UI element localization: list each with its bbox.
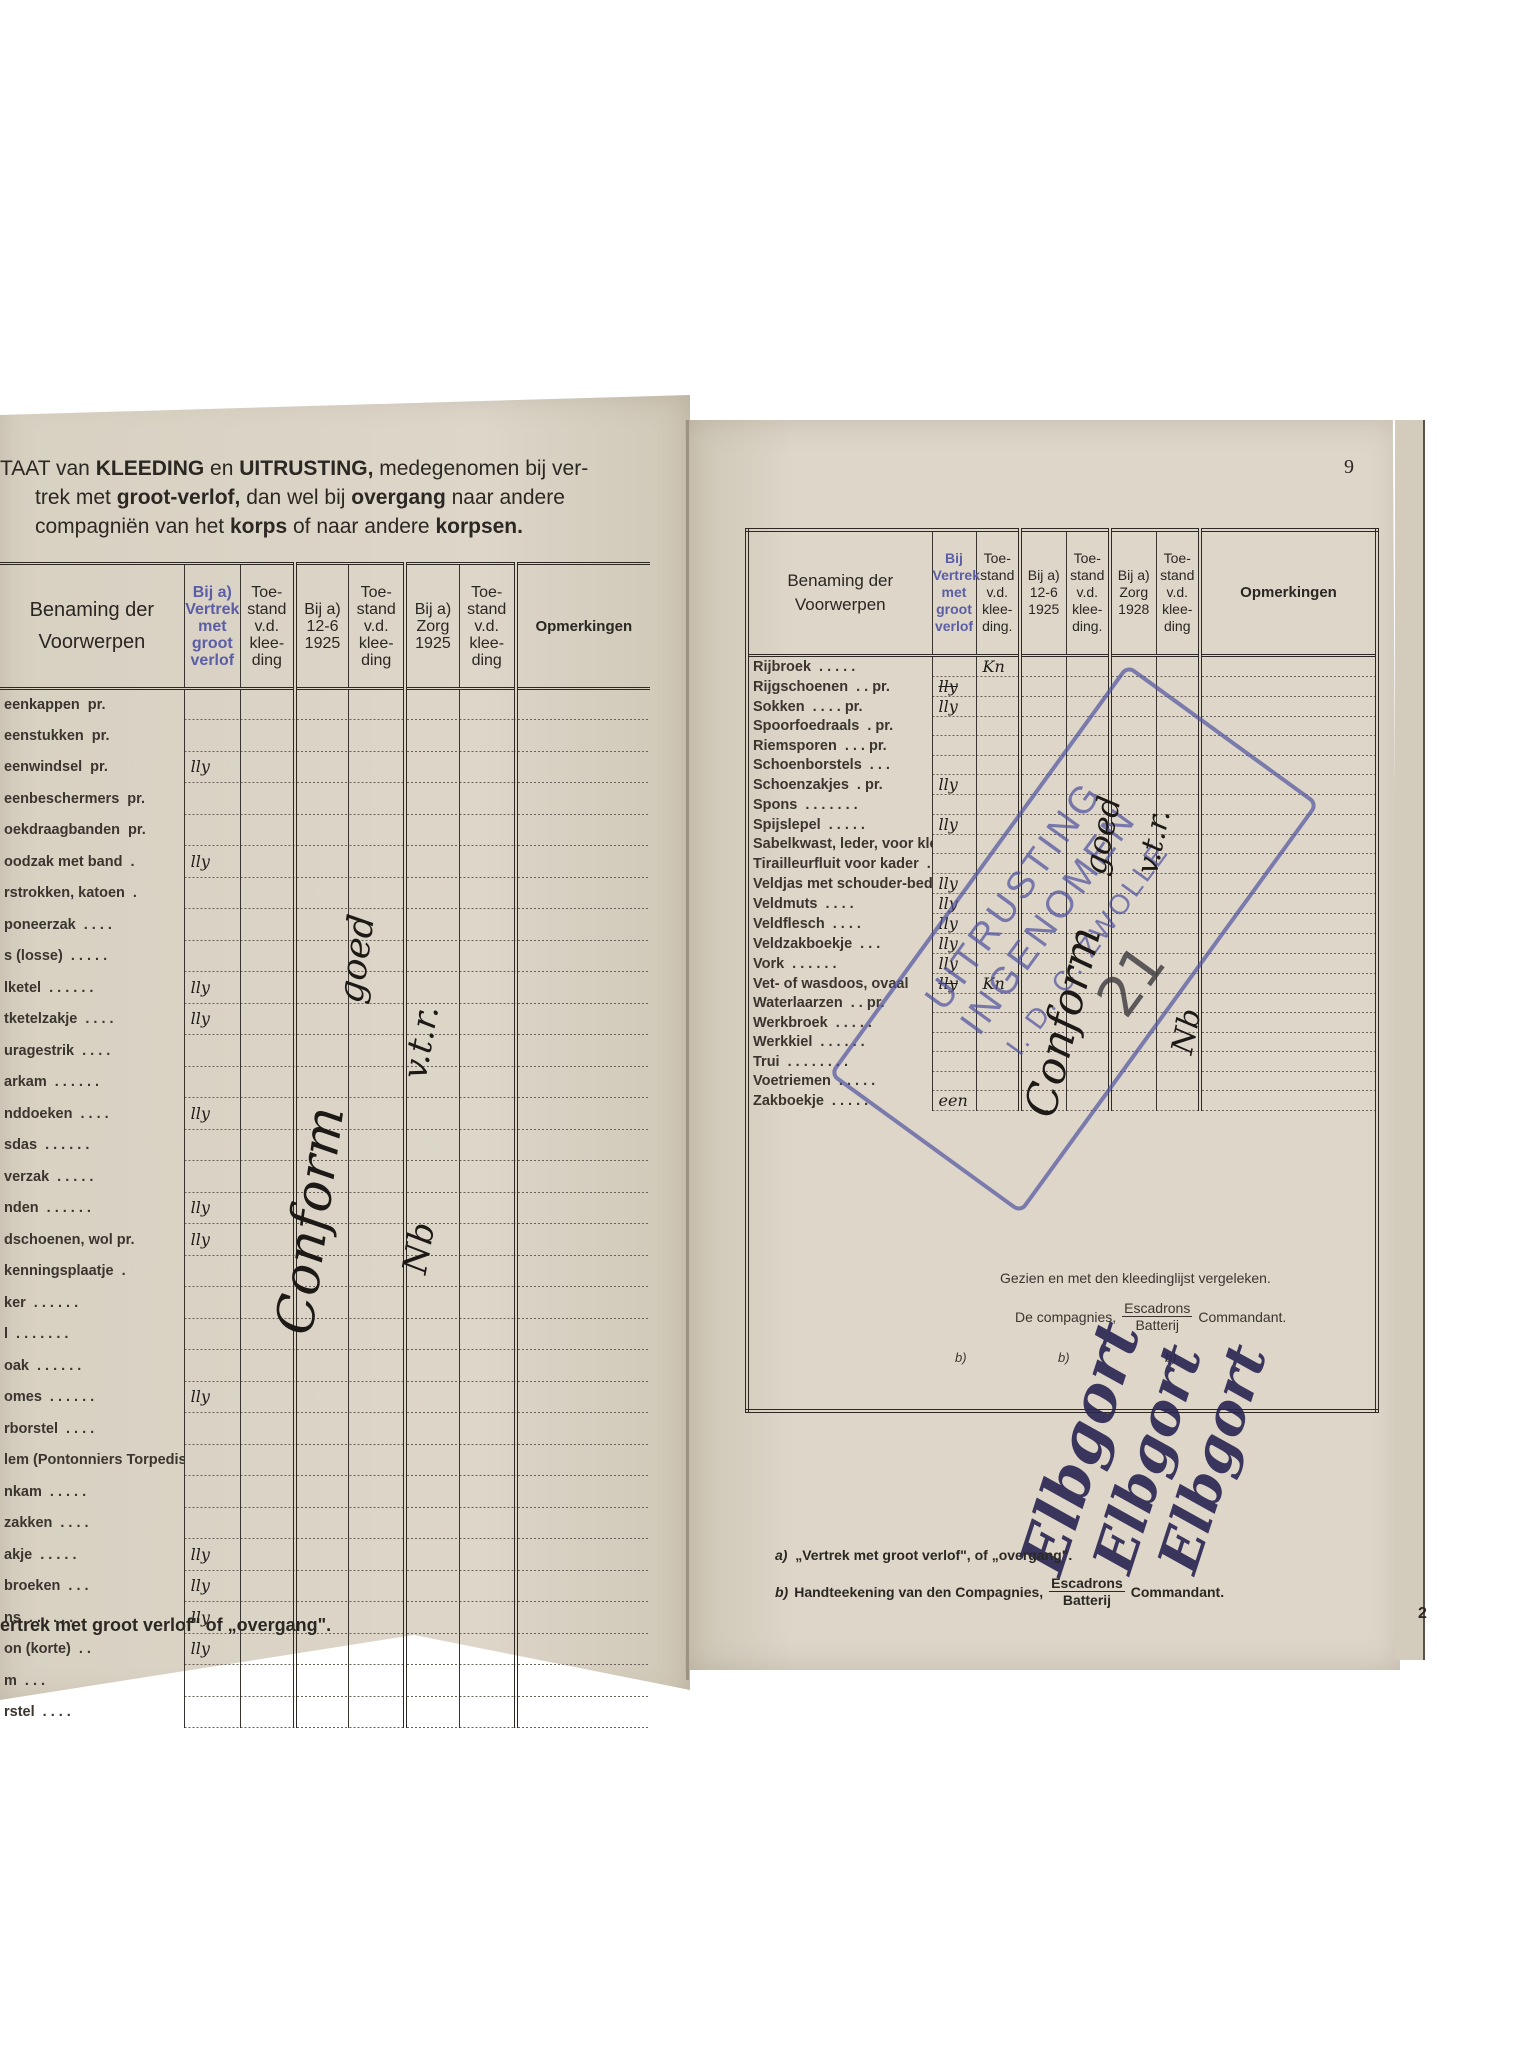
entry-cell: lly (932, 697, 976, 717)
entry-cell (1156, 1072, 1200, 1092)
entry-cell (184, 941, 240, 973)
remarks-cell (516, 941, 650, 973)
item-unit: . . . (870, 757, 890, 773)
table-row: tketelzakje. . . .lly (0, 1004, 650, 1036)
heading-text: KLEEDING (96, 457, 205, 480)
handwritten-entry: lly (933, 697, 958, 716)
bottom-number: 2 (1418, 1605, 1427, 1623)
handwritten-entry: lly (933, 775, 958, 794)
item-name: l. . . . . . . (0, 1319, 184, 1351)
entry-cell (349, 689, 405, 721)
entry-cell (184, 1697, 240, 1729)
entry-cell (1066, 677, 1110, 697)
remarks-cell (516, 1665, 650, 1697)
entry-cell (459, 1665, 515, 1697)
item-name: Spons. . . . . . . (747, 795, 932, 815)
remarks-cell (1200, 934, 1377, 954)
entry-cell (349, 783, 405, 815)
remarks-cell (516, 720, 650, 752)
item-name: nddoeken. . . . (0, 1098, 184, 1130)
entry-cell (459, 1571, 515, 1603)
item-label: Rijbroek (753, 659, 811, 675)
item-label: arkam (4, 1074, 47, 1090)
table-row: on (korte). .lly (0, 1634, 650, 1666)
entry-cell (184, 1319, 240, 1351)
remarks-cell (516, 1067, 650, 1099)
entry-cell (349, 1161, 405, 1193)
item-name: Rijbroek. . . . . (747, 655, 932, 677)
entry-cell (295, 1413, 349, 1445)
entry-cell (459, 1130, 515, 1162)
entry-cell (184, 1508, 240, 1540)
remarks-cell (516, 1571, 650, 1603)
handwritten-entry: lly (185, 1387, 210, 1406)
item-label: lketel (4, 980, 41, 996)
entry-cell (405, 1130, 459, 1162)
left-heading-line-2: trek met groot-verlof, dan wel bij overg… (35, 484, 565, 511)
item-label: Voetriemen (753, 1073, 831, 1089)
entry-cell (1110, 1091, 1156, 1111)
entry-cell (349, 1697, 405, 1729)
entry-cell (405, 752, 459, 784)
item-name: dschoenen, wol pr. (0, 1224, 184, 1256)
left-footnote: ertrek met groot verlof" of „overgang". (0, 1615, 331, 1636)
entry-cell (459, 1602, 515, 1634)
entry-cell (240, 878, 294, 910)
item-label: omes (4, 1389, 42, 1405)
entry-cell (349, 1476, 405, 1508)
entry-cell (184, 1665, 240, 1697)
entry-cell (459, 941, 515, 973)
table-row: m. . . (0, 1665, 650, 1697)
item-unit: . . . . . . (37, 1358, 81, 1374)
item-unit: . . . . . . (49, 980, 93, 996)
item-label: Trui (753, 1054, 780, 1070)
item-name: Rijgschoenen. . pr. (747, 677, 932, 697)
entry-cell (932, 835, 976, 855)
item-label: akje (4, 1547, 32, 1563)
entry-cell: lly (184, 1224, 240, 1256)
entry-cell (932, 736, 976, 756)
item-label: Sokken (753, 699, 805, 715)
entry-cell (405, 1319, 459, 1351)
table-row: nkam. . . . . (0, 1476, 650, 1508)
entry-cell (349, 752, 405, 784)
entry-cell (1066, 655, 1110, 677)
item-unit: . . . . . . (45, 1137, 89, 1153)
entry-cell (976, 795, 1020, 815)
entry-cell (240, 846, 294, 878)
entry-cell (1156, 655, 1200, 677)
entry-cell (405, 846, 459, 878)
item-label: lem (Pontonniers Torpedisten) (4, 1452, 184, 1468)
entry-cell (240, 1130, 294, 1162)
item-unit: . . . . . (57, 1169, 93, 1185)
remarks-cell (1200, 974, 1377, 994)
entry-cell (459, 1256, 515, 1288)
entry-cell: Kn (976, 655, 1020, 677)
remarks-cell (516, 1539, 650, 1571)
item-unit: . . . . . . . (805, 797, 857, 813)
col-header-condition-1: Toe-stand v.d. klee-ding (240, 564, 294, 689)
remarks-cell (1200, 1091, 1377, 1111)
item-name: omes. . . . . . (0, 1382, 184, 1414)
item-label: nkam (4, 1484, 42, 1500)
entry-cell: lly (184, 972, 240, 1004)
item-unit: . . . . . . . (16, 1326, 68, 1342)
item-name: lem (Pontonniers Torpedisten). . (0, 1445, 184, 1477)
remarks-cell (516, 1602, 650, 1634)
item-label: Vet- of wasdoos, ovaal (753, 976, 909, 992)
item-name: eenbeschermerspr. (0, 783, 184, 815)
handwritten-entry: lly (185, 1230, 210, 1249)
item-label: Spons (753, 797, 797, 813)
item-label: Veldzakboekje (753, 936, 852, 952)
entry-cell (295, 1067, 349, 1099)
fraction-top: Escadrons (1049, 1575, 1125, 1592)
item-label: s (losse) (4, 948, 63, 964)
entry-cell (976, 736, 1020, 756)
item-unit: pr. (92, 728, 110, 744)
item-label: ker (4, 1295, 26, 1311)
col-header-condition-1: Toe-stand v.d. klee-ding. (976, 530, 1020, 655)
item-label: Schoenzakjes (753, 777, 849, 793)
remarks-cell (516, 815, 650, 847)
item-name: tketelzakje. . . . (0, 1004, 184, 1036)
item-label: eenkappen (4, 697, 80, 713)
remarks-cell (516, 752, 650, 784)
remarks-cell (516, 1161, 650, 1193)
item-unit: . . . . (85, 1011, 113, 1027)
entry-cell (184, 1256, 240, 1288)
entry-cell (405, 1161, 459, 1193)
item-name: oekdraagbandenpr. (0, 815, 184, 847)
table-row: broeken. . .lly (0, 1571, 650, 1603)
item-name: Schoenzakjes. pr. (747, 775, 932, 795)
entry-cell (1020, 697, 1066, 717)
footnote-suffix: Commandant. (1131, 1584, 1224, 1600)
item-label: oodzak met band (4, 854, 122, 870)
entry-cell (184, 909, 240, 941)
entry-cell (459, 1697, 515, 1729)
item-name: Schoenborstels. . . (747, 756, 932, 776)
item-unit: . . . . (82, 1043, 110, 1059)
entry-cell (184, 1035, 240, 1067)
col-header-departure: Bij Vertrek met groot verlof (932, 530, 976, 655)
left-heading-line-1: TAAT van KLEEDING en UITRUSTING, medegen… (0, 455, 588, 482)
handwritten-entry: lly (185, 1009, 210, 1028)
item-unit: pr. (88, 697, 106, 713)
item-label: kenningsplaatje (4, 1263, 114, 1279)
entry-cell (184, 1476, 240, 1508)
item-name: Spijslepel. . . . . (747, 815, 932, 835)
entry-cell (240, 1508, 294, 1540)
entry-cell (240, 1571, 294, 1603)
entry-cell (349, 1287, 405, 1319)
entry-cell (976, 717, 1020, 737)
entry-cell (295, 1476, 349, 1508)
entry-cell (459, 1476, 515, 1508)
entry-cell (1020, 736, 1066, 756)
entry-cell (932, 756, 976, 776)
col-header-name: Benaming der Voorwerpen (747, 530, 932, 655)
handwritten-entry: lly (185, 1639, 210, 1658)
item-name: Sokken. . . . pr. (747, 697, 932, 717)
handwritten-entry: lly (185, 1104, 210, 1123)
entry-cell (240, 1539, 294, 1571)
commander-label: De compagnies, Escadrons Batterij Comman… (1015, 1300, 1286, 1333)
entry-cell (240, 1634, 294, 1666)
entry-cell: lly (184, 1098, 240, 1130)
item-label: rborstel (4, 1421, 58, 1437)
remarks-cell (516, 783, 650, 815)
entry-cell (295, 1382, 349, 1414)
entry-cell (295, 1665, 349, 1697)
entry-cell (459, 909, 515, 941)
item-name: rborstel. . . . (0, 1413, 184, 1445)
remarks-cell (1200, 1013, 1377, 1033)
heading-text: medegenomen bij ver- (373, 457, 588, 480)
item-name: Tirailleurfluit voor kader. . . . (747, 854, 932, 874)
entry-cell (459, 1634, 515, 1666)
table-row: lketel. . . . . .lly (0, 972, 650, 1004)
entry-cell (405, 1193, 459, 1225)
entry-cell (349, 1319, 405, 1351)
table-row: eenbeschermerspr. (0, 783, 650, 815)
item-name: Spoorfoedraals. pr. (747, 717, 932, 737)
entry-cell: lly (184, 1382, 240, 1414)
item-unit: . . . . . . (792, 956, 836, 972)
item-unit: . . . . (84, 917, 112, 933)
entry-cell (932, 854, 976, 874)
item-name: uragestrik. . . . (0, 1035, 184, 1067)
entry-cell (295, 1035, 349, 1067)
item-label: nddoeken (4, 1106, 72, 1122)
entry-cell (240, 909, 294, 941)
heading-text: dan wel bij (240, 486, 351, 509)
entry-cell (405, 972, 459, 1004)
entry-cell (240, 941, 294, 973)
heading-text: trek met (35, 486, 117, 509)
entry-cell: lly (184, 1634, 240, 1666)
item-label: eenstukken (4, 728, 84, 744)
item-unit: pr. (128, 822, 146, 838)
item-label: Veldflesch (753, 916, 825, 932)
remarks-cell (516, 1350, 650, 1382)
entry-cell (295, 815, 349, 847)
col-header-date-1: Bij a) 12-6 1925 (295, 564, 349, 689)
entry-cell (295, 783, 349, 815)
entry-cell (349, 1224, 405, 1256)
item-label: Veldjas met schouder-bedekkingen (753, 876, 932, 892)
entry-cell (240, 1350, 294, 1382)
heading-text: TAAT van (0, 457, 96, 480)
item-label: Schoenborstels (753, 757, 862, 773)
entry-cell (1020, 655, 1066, 677)
col-header-condition-2: Toe-stand v.d. klee-ding (349, 564, 405, 689)
remarks-cell (1200, 1052, 1377, 1072)
entry-cell (1020, 677, 1066, 697)
remarks-cell (516, 1413, 650, 1445)
b-marker: b) (955, 1350, 967, 1365)
item-label: Veldmuts (753, 896, 817, 912)
entry-cell (405, 1098, 459, 1130)
entry-cell: lly (184, 752, 240, 784)
heading-text: en (204, 457, 239, 480)
item-name: Veldmuts. . . . (747, 894, 932, 914)
heading-text: overgang (351, 486, 446, 509)
table-row: omes. . . . . .lly (0, 1382, 650, 1414)
entry-cell (184, 720, 240, 752)
remarks-cell (516, 846, 650, 878)
entry-cell (459, 1035, 515, 1067)
remarks-cell (516, 1634, 650, 1666)
table-row: rstrokken, katoen. (0, 878, 650, 910)
item-name: oodzak met band. (0, 846, 184, 878)
entry-cell (184, 1067, 240, 1099)
col-header-remarks: Opmerkingen (1200, 530, 1377, 655)
entry-cell (459, 1067, 515, 1099)
entry-cell (349, 815, 405, 847)
entry-cell (459, 1382, 515, 1414)
col-header-date-2: Bij a) Zorg 1928 (1110, 530, 1156, 655)
entry-cell (349, 1508, 405, 1540)
item-label: eenwindsel (4, 759, 82, 775)
handwritten-entry: lly (933, 677, 958, 696)
entry-cell (184, 1350, 240, 1382)
handwritten-entry: Kn (977, 657, 1005, 676)
entry-cell (405, 1571, 459, 1603)
item-label: sdas (4, 1137, 37, 1153)
item-unit: . (130, 854, 134, 870)
item-unit: . . . . . (40, 1547, 76, 1563)
item-name: verzak. . . . . (0, 1161, 184, 1193)
remarks-cell (1200, 697, 1377, 717)
fraction-bottom: Batterij (1063, 1592, 1111, 1608)
fraction-top: Escadrons (1122, 1300, 1192, 1317)
item-unit: . (133, 885, 137, 901)
item-label: oekdraagbanden (4, 822, 120, 838)
handwritten-entry: lly (185, 757, 210, 776)
entry-cell (240, 689, 294, 721)
entry-cell (295, 1571, 349, 1603)
entry-cell (405, 1508, 459, 1540)
entry-cell (349, 1634, 405, 1666)
entry-cell (240, 972, 294, 1004)
item-label: on (korte) (4, 1641, 71, 1657)
remarks-cell (516, 1508, 650, 1540)
remarks-cell (516, 1130, 650, 1162)
entry-cell: lly (184, 1571, 240, 1603)
remarks-cell (1200, 1033, 1377, 1053)
handwritten-entry: lly (185, 1576, 210, 1595)
remarks-cell (516, 972, 650, 1004)
entry-cell (295, 1445, 349, 1477)
table-row: eenstukkenpr. (0, 720, 650, 752)
entry-cell (349, 1571, 405, 1603)
item-name: broeken. . . (0, 1571, 184, 1603)
entry-cell: lly (932, 775, 976, 795)
entry-cell (240, 783, 294, 815)
item-label: broeken (4, 1578, 60, 1594)
item-name: nden. . . . . . (0, 1193, 184, 1225)
item-unit: pr. (127, 791, 145, 807)
entry-cell (349, 1382, 405, 1414)
entry-cell (932, 717, 976, 737)
item-label: Rijgschoenen (753, 679, 848, 695)
table-row: Rijbroek. . . . .Kn (747, 655, 1377, 677)
handwritten-entry: lly (933, 815, 958, 834)
entry-cell (184, 783, 240, 815)
remarks-cell (516, 1098, 650, 1130)
item-unit: . . . . . . (50, 1389, 94, 1405)
item-label: Riemsporen (753, 738, 837, 754)
col-header-departure: Bij a) Vertrek met groot verlof (184, 564, 240, 689)
heading-text: compagniën van het (35, 515, 230, 538)
entry-cell (405, 1634, 459, 1666)
col-header-date-1: Bij a) 12-6 1925 (1020, 530, 1066, 655)
item-unit: . . . . (825, 896, 853, 912)
item-label: Sabelkwast, leder, voor klewangdragenden (753, 836, 932, 852)
item-name: oak. . . . . . (0, 1350, 184, 1382)
entry-cell (295, 846, 349, 878)
item-name: eenkappenpr. (0, 689, 184, 721)
item-label: Spijslepel (753, 817, 821, 833)
table-row: lem (Pontonniers Torpedisten). . (0, 1445, 650, 1477)
item-unit: . . pr. (856, 679, 890, 695)
item-unit: . . (79, 1641, 91, 1657)
entry-cell (240, 1004, 294, 1036)
item-label: nden (4, 1200, 39, 1216)
entry-cell (459, 689, 515, 721)
entry-cell (976, 756, 1020, 776)
entry-cell (240, 1476, 294, 1508)
remarks-cell (1200, 994, 1377, 1014)
remarks-cell (516, 1697, 650, 1729)
entry-cell (349, 720, 405, 752)
item-name: nkam. . . . . (0, 1476, 184, 1508)
page-stack-edge (1395, 420, 1425, 1660)
table-row: uragestrik. . . . (0, 1035, 650, 1067)
remarks-cell (1200, 655, 1377, 677)
entry-cell (976, 677, 1020, 697)
entry-cell (459, 1413, 515, 1445)
item-name: zakken. . . . (0, 1508, 184, 1540)
entry-cell (240, 1697, 294, 1729)
entry-cell: lly (932, 815, 976, 835)
entry-cell (405, 909, 459, 941)
remarks-cell (516, 1445, 650, 1477)
entry-cell (459, 1508, 515, 1540)
footnote-text: „Vertrek met groot verlof", of „overgang… (795, 1547, 1072, 1563)
item-name: ker. . . . . . (0, 1287, 184, 1319)
entry-cell (932, 795, 976, 815)
entry-cell (295, 1350, 349, 1382)
entry-cell (405, 878, 459, 910)
entry-cell (240, 1445, 294, 1477)
item-label: Werkbroek (753, 1015, 828, 1031)
item-name: s (losse). . . . . (0, 941, 184, 973)
entry-cell (184, 1287, 240, 1319)
item-unit: . . . . (66, 1421, 94, 1437)
entry-cell (349, 1098, 405, 1130)
entry-cell (184, 1445, 240, 1477)
entry-cell: lly (184, 846, 240, 878)
col-header-condition-3: Toe-stand v.d. klee-ding (1156, 530, 1200, 655)
item-unit: . . . . (80, 1106, 108, 1122)
entry-cell (349, 878, 405, 910)
entry-cell (184, 878, 240, 910)
